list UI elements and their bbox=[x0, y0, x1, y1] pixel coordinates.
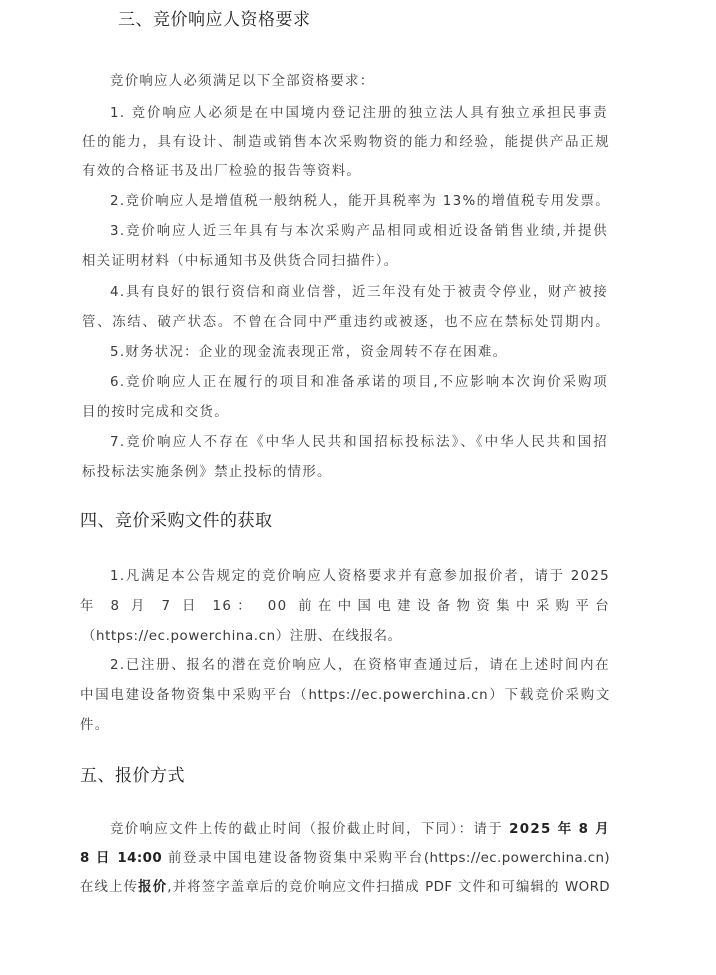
section-5-heading: 五、报价方式 bbox=[80, 764, 185, 788]
acquisition-1-line-3: （https://ec.powerchina.cn）注册、在线报名。 bbox=[82, 627, 402, 647]
requirement-5-line-1: 5.财务状况：企业的现金流表现正常，资金周转不存在困难。 bbox=[110, 343, 507, 363]
quotation-line-1: 竞价响应文件上传的截止时间（报价截止时间，下同）：请于 2025 年 8 月 bbox=[110, 820, 610, 840]
section-4-heading: 四、竞价采购文件的获取 bbox=[80, 509, 273, 533]
quotation-upload-text: 在线上传 bbox=[80, 880, 138, 895]
requirement-3-line-2: 相关证明材料（中标通知书及供货合同扫描件）。 bbox=[82, 252, 399, 272]
section-3-intro: 竞价响应人必须满足以下全部资格要求： bbox=[110, 72, 374, 92]
acquisition-2-line-1: 2.已注册、报名的潜在竞价响应人，在资格审查通过后，请在上述时间内在 bbox=[110, 656, 610, 676]
acquisition-2-line-3: 件。 bbox=[80, 716, 109, 736]
quotation-line-2: 8 日 14:00 前登录中国电建设备物资集中采购平台(https://ec.p… bbox=[80, 849, 610, 869]
requirement-4-line-2: 管、冻结、破产状态。不曾在合同中严重违约或被逐，也不应在禁标处罚期内。 bbox=[82, 313, 610, 333]
requirement-6-line-2: 目的按时完成和交货。 bbox=[82, 403, 229, 423]
requirement-6-line-1: 6.竞价响应人正在履行的项目和准备承诺的项目,不应影响本次询价采购项 bbox=[110, 373, 608, 393]
acquisition-1-line-2: 年 8 月 7 日 16： 00 前在中国电建设备物资集中采购平台 bbox=[80, 597, 610, 617]
quotation-bold-word: 报价 bbox=[138, 880, 167, 895]
quotation-file-format-text: ,并将签字盖章后的竞价响应文件扫描成 PDF 文件和可编辑的 WORD bbox=[167, 880, 610, 895]
section-3-heading: 三、竞价响应人资格要求 bbox=[118, 8, 311, 32]
document-page: 三、竞价响应人资格要求 竞价响应人必须满足以下全部资格要求： 1. 竞价响应人必… bbox=[0, 0, 716, 975]
requirement-2-line-1: 2.竞价响应人是增值税一般纳税人，能开具税率为 13%的增值税专用发票。 bbox=[110, 192, 610, 212]
quotation-deadline-time: 8 日 14:00 bbox=[80, 851, 162, 866]
requirement-4-line-1: 4.具有良好的银行资信和商业信誉，近三年没有处于被责令停业，财产被接 bbox=[110, 283, 608, 303]
acquisition-1-line-1: 1.凡满足本公告规定的竞价响应人资格要求并有意参加报价者，请于 2025 bbox=[110, 567, 610, 587]
quotation-deadline-date: 2025 年 8 月 bbox=[503, 822, 610, 837]
requirement-7-line-2: 标投标法实施条例》禁止投标的情形。 bbox=[82, 463, 332, 483]
requirement-1-line-1: 1. 竞价响应人必须是在中国境内登记注册的独立法人具有独立承担民事责 bbox=[110, 104, 608, 124]
requirement-7-line-1: 7.竞价响应人不存在《中华人民共和国招标投标法》、《中华人民共和国招 bbox=[110, 433, 608, 453]
requirement-1-line-3: 有效的合格证书及出厂检验的报告等资料。 bbox=[82, 162, 361, 182]
requirement-1-line-2: 任的能力，具有设计、制造或销售本次采购物资的能力和经验，能提供产品正规 bbox=[82, 133, 610, 153]
quotation-deadline-text: 竞价响应文件上传的截止时间（报价截止时间，下同）：请于 bbox=[110, 822, 503, 837]
acquisition-2-line-2: 中国电建设备物资集中采购平台（https://ec.powerchina.cn）… bbox=[80, 686, 610, 706]
quotation-platform-text: 前登录中国电建设备物资集中采购平台(https://ec.powerchina.… bbox=[162, 851, 610, 866]
requirement-3-line-1: 3.竞价响应人近三年具有与本次采购产品相同或相近设备销售业绩,并提供 bbox=[110, 222, 608, 242]
quotation-line-3: 在线上传报价,并将签字盖章后的竞价响应文件扫描成 PDF 文件和可编辑的 WOR… bbox=[80, 878, 610, 898]
